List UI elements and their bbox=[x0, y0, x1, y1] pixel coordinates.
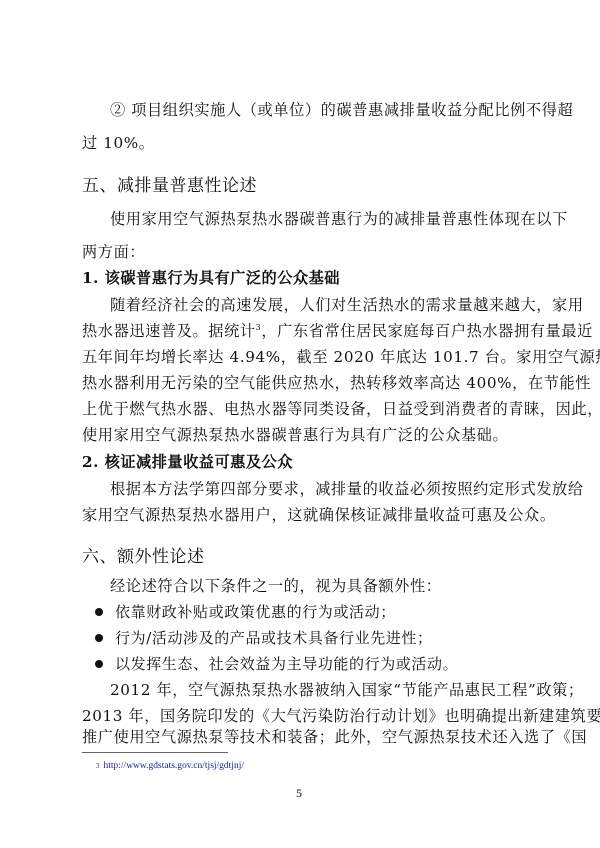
bullet-icon bbox=[95, 660, 103, 668]
footnote-divider bbox=[82, 752, 228, 753]
paragraph-line: 热水器利用无污染的空气能供应热水，热转移效率高达 400%，在节能性 bbox=[82, 373, 528, 393]
paragraph-line: 推广使用空气源热泵等技术和装备；此外，空气源热泵技术还入选了《国 bbox=[82, 727, 528, 747]
subsection-1-title: 1. 该碳普惠行为具有广泛的公众基础 bbox=[82, 268, 340, 288]
document-page: ② 项目组织实施人（或单位）的碳普惠减排量收益分配比例不得超 过 10%。 五、… bbox=[0, 0, 600, 848]
intro-item-line-2: 过 10%。 bbox=[82, 133, 528, 153]
section-5-title: 五、减排量普惠性论述 bbox=[82, 175, 257, 197]
bullet-icon bbox=[95, 608, 103, 616]
bullet-icon bbox=[95, 634, 103, 642]
section-6-title: 六、额外性论述 bbox=[82, 546, 205, 568]
paragraph-line: 2013 年，国务院印发的《大气污染防治行动计划》也明确提出新建建筑要 bbox=[82, 706, 528, 726]
paragraph-line: 使用家用空气源热泵热水器碳普惠行为具有广泛的公众基础。 bbox=[82, 425, 528, 445]
paragraph-line: 热水器迅速普及。据统计3，广东省常住居民家庭每百户热水器拥有量最近 bbox=[82, 321, 528, 341]
paragraph-line: 家用空气源热泵热水器用户，这就确保核证减排量收益可惠及公众。 bbox=[82, 505, 528, 525]
footnote: 3http://www.gdstats.gov.cn/tjsj/gdtjnj/ bbox=[96, 760, 244, 772]
bullet-item: 行为/活动涉及的产品或技术具备行业先进性； bbox=[95, 628, 433, 648]
paragraph-line: 五年间年均增长率达 4.94%，截至 2020 年底达 101.7 台。家用空气… bbox=[82, 347, 528, 367]
paragraph-line: 上优于燃气热水器、电热水器等同类设备，日益受到消费者的青睐，因此， bbox=[82, 399, 528, 419]
section-6-intro: 经论述符合以下条件之一的，视为具备额外性： bbox=[110, 576, 528, 596]
page-number: 5 bbox=[296, 786, 302, 800]
subsection-2-title: 2. 核证减排量收益可惠及公众 bbox=[82, 452, 293, 472]
paragraph-line: 随着经济社会的高速发展，人们对生活热水的需求量越来越大，家用 bbox=[110, 295, 528, 315]
section-5-intro-line-1: 使用家用空气源热泵热水器碳普惠行为的减排量普惠性体现在以下 bbox=[110, 209, 528, 229]
bullet-item: 以发挥生态、社会效益为主导功能的行为或活动。 bbox=[95, 654, 458, 674]
footnote-mark: 3 bbox=[96, 762, 100, 770]
footnote-link[interactable]: http://www.gdstats.gov.cn/tjsj/gdtjnj/ bbox=[104, 761, 244, 771]
bullet-item: 依靠财政补贴或政策优惠的行为或活动； bbox=[95, 602, 396, 622]
intro-item-line-1: ② 项目组织实施人（或单位）的碳普惠减排量收益分配比例不得超 bbox=[110, 100, 528, 120]
paragraph-line: 根据本方法学第四部分要求，减排量的收益必须按照约定形式发放给 bbox=[110, 479, 528, 499]
section-5-intro-line-2: 两方面： bbox=[82, 242, 528, 262]
paragraph-line: 2012 年，空气源热泵热水器被纳入国家“节能产品惠民工程”政策； bbox=[110, 680, 528, 700]
